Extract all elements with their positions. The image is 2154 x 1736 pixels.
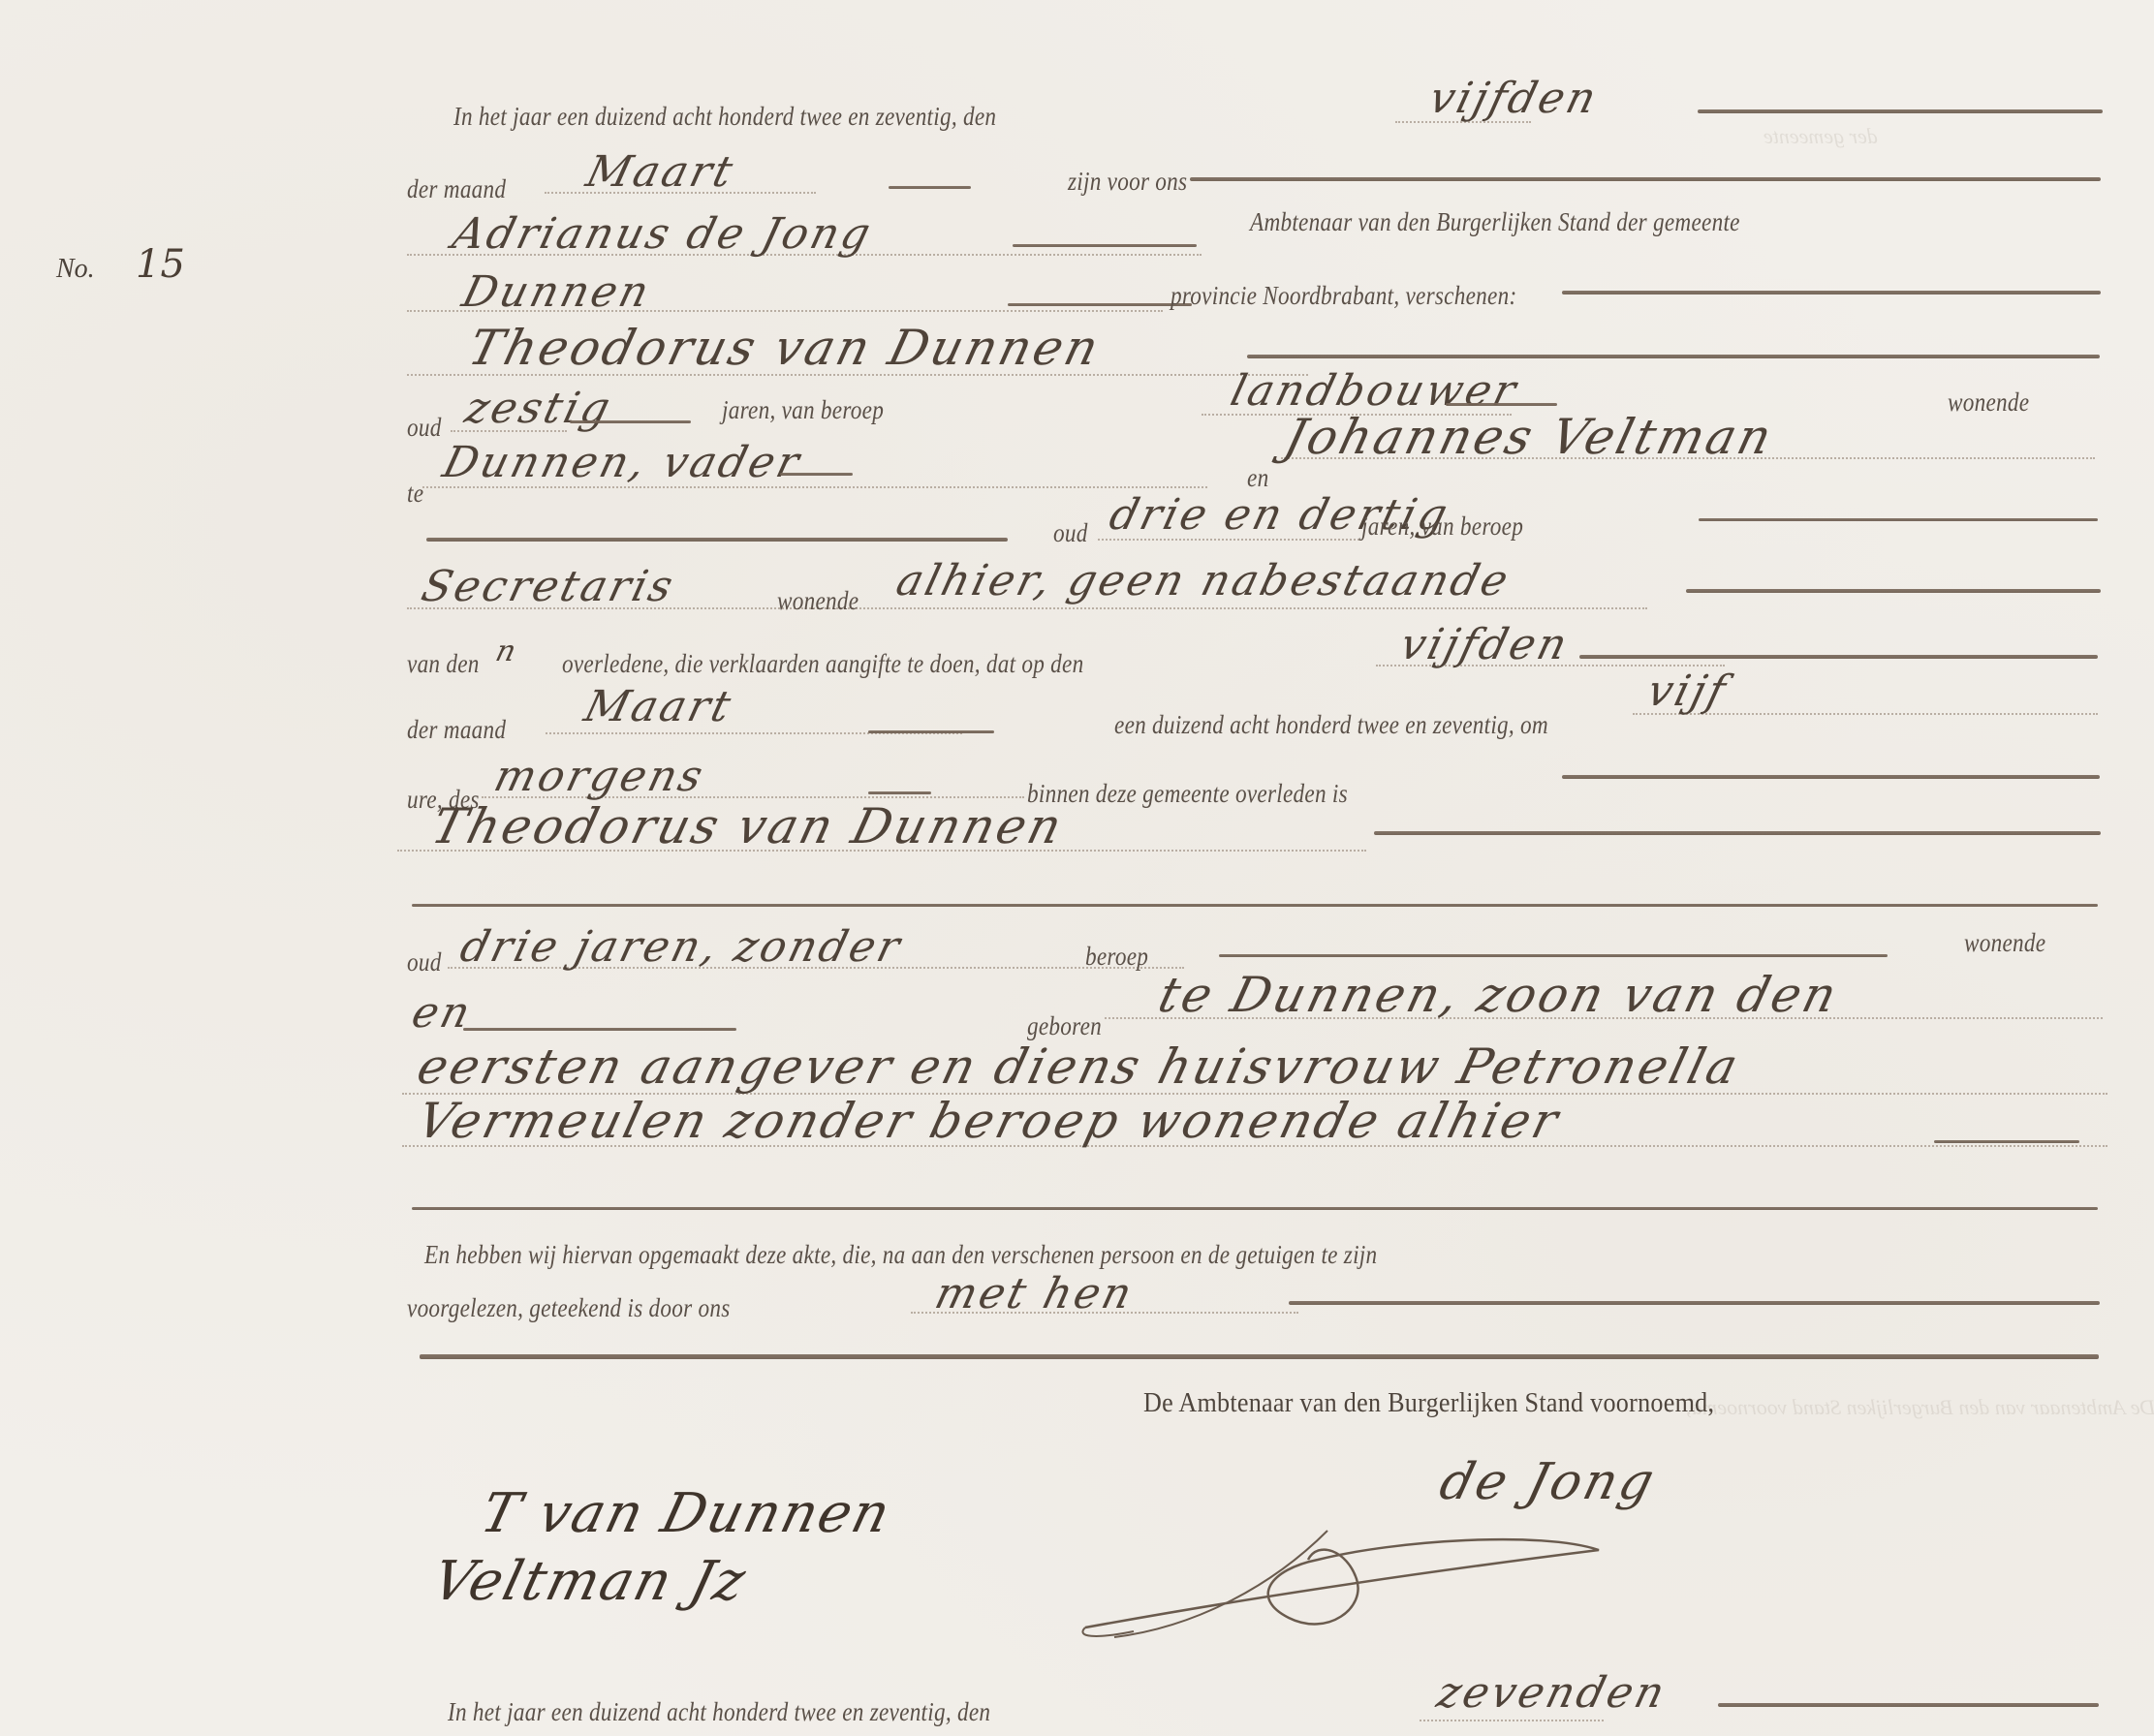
printed-text: van den <box>407 649 480 679</box>
handwritten-death-hour: vijf <box>1642 666 1733 716</box>
handwritten-death-month: Maart <box>579 682 738 731</box>
fill-rule <box>1934 1140 2079 1143</box>
handwritten-deceased-age: drie jaren, zonder <box>455 922 908 972</box>
fill-rule <box>1190 177 2101 181</box>
dotted-guide <box>1420 1720 1604 1721</box>
civil-registry-page: De Ambtenaar van den Burgerlijken Stand … <box>0 0 2154 1736</box>
printed-text: Ambtenaar van den Burgerlijken Stand der… <box>1250 207 1740 237</box>
fill-rule <box>889 186 971 189</box>
printed-text: een duizend acht honderd twee en zeventi… <box>1114 710 1548 740</box>
handwritten-witness-occupation: Secretaris <box>417 562 680 611</box>
printed-text: oud <box>1053 518 1088 548</box>
printed-text: en <box>1247 463 1268 493</box>
record-number-label: No. <box>56 254 95 285</box>
bleed-through-text: der gemeente <box>1764 124 1878 149</box>
official-caption: De Ambtenaar van den Burgerlijken Stand … <box>1143 1387 1714 1419</box>
printed-text: wonende <box>777 586 858 616</box>
handwritten-birthplace-parent: te Dunnen, zoon van den <box>1153 967 1845 1023</box>
fill-rule <box>570 420 691 423</box>
printed-text: voorgelezen, geteekend is door ons <box>407 1293 731 1323</box>
signature-flourish <box>1076 1492 1618 1647</box>
printed-text: provincie Noordbrabant, verschenen: <box>1171 281 1516 311</box>
fill-rule <box>1562 291 2101 294</box>
fill-rule <box>868 730 994 733</box>
fill-rule <box>868 791 931 794</box>
fill-rule <box>1013 244 1197 247</box>
fill-rule <box>412 1207 2098 1210</box>
fill-rule <box>463 1028 736 1031</box>
handwritten-death-day: vijfden <box>1395 620 1575 669</box>
printed-text: overledene, die verklaarden aangifte te … <box>562 649 1083 679</box>
handwritten-deceased-name: Theodorus van Dunnen <box>426 798 1070 854</box>
printed-text: beroep <box>1085 942 1148 972</box>
printed-text: geboren <box>1027 1011 1102 1041</box>
handwritten-age: zestig <box>460 384 617 433</box>
fill-rule <box>1562 775 2100 779</box>
printed-text: der maand <box>407 715 506 745</box>
handwritten-gender-suffix: n <box>492 635 522 668</box>
fill-rule <box>1374 831 2101 835</box>
handwritten-parents: eersten aangever en diens huisvrouw Petr… <box>412 1038 1746 1095</box>
printed-text: jaren, van beroep <box>1361 511 1523 542</box>
handwritten-time-of-day: morgens <box>489 752 710 801</box>
fill-rule <box>1247 355 2100 358</box>
fill-rule <box>1579 655 2098 659</box>
handwritten-signed-with: met hen <box>930 1269 1139 1318</box>
fill-rule <box>1718 1703 2099 1707</box>
printed-text: wonende <box>1948 387 2029 418</box>
printed-text: In het jaar een duizend acht honderd twe… <box>453 102 996 132</box>
handwritten-next-day: zevenden <box>1432 1668 1672 1718</box>
fill-rule <box>1219 954 1888 957</box>
printed-text: wonende <box>1964 928 2045 958</box>
fill-rule <box>412 904 2098 907</box>
fill-rule <box>1008 303 1192 306</box>
printed-text-closing: En hebben wij hiervan opgemaakt deze akt… <box>424 1240 1377 1270</box>
signature-declarant: T van Dunnen <box>475 1482 898 1545</box>
printed-text: oud <box>407 413 442 443</box>
handwritten-municipality: Dunnen <box>457 267 656 317</box>
printed-text: der maand <box>407 174 506 204</box>
handwritten-witness-residence: alhier, geen nabestaande <box>891 556 1515 605</box>
fill-rule <box>1698 109 2103 113</box>
closing-rule <box>420 1354 2099 1359</box>
bleed-through-text: De Ambtenaar van den Burgerlijken Stand … <box>1686 1395 2154 1420</box>
fill-rule <box>1446 403 1557 406</box>
fill-rule <box>1686 589 2101 593</box>
printed-text: te <box>407 479 423 509</box>
printed-text-next-record: In het jaar een duizend acht honderd twe… <box>448 1697 990 1727</box>
handwritten-month: Maart <box>581 147 740 197</box>
handwritten-declarant-name: Theodorus van Dunnen <box>463 320 1107 376</box>
handwritten-witness-name: Johannes Veltman <box>1279 409 1780 465</box>
printed-text: jaren, van beroep <box>722 395 884 425</box>
handwritten-day: vijfden <box>1424 74 1604 123</box>
signature-witness: Veltman Jz <box>426 1550 753 1613</box>
handwritten-residence-relation: Dunnen, vader <box>438 438 807 487</box>
handwritten-mother-details: Vermeulen zonder beroep wonende alhier <box>412 1093 1566 1149</box>
fill-rule <box>1289 1301 2100 1305</box>
fill-rule <box>426 538 1008 542</box>
printed-text: zijn voor ons <box>1068 167 1187 197</box>
fill-rule <box>780 473 853 476</box>
printed-text: binnen deze gemeente overleden is <box>1027 779 1348 809</box>
record-number: 15 <box>136 242 185 287</box>
handwritten-official-name: Adrianus de Jong <box>448 209 878 259</box>
printed-text: oud <box>407 947 442 977</box>
fill-rule <box>1699 518 2098 521</box>
